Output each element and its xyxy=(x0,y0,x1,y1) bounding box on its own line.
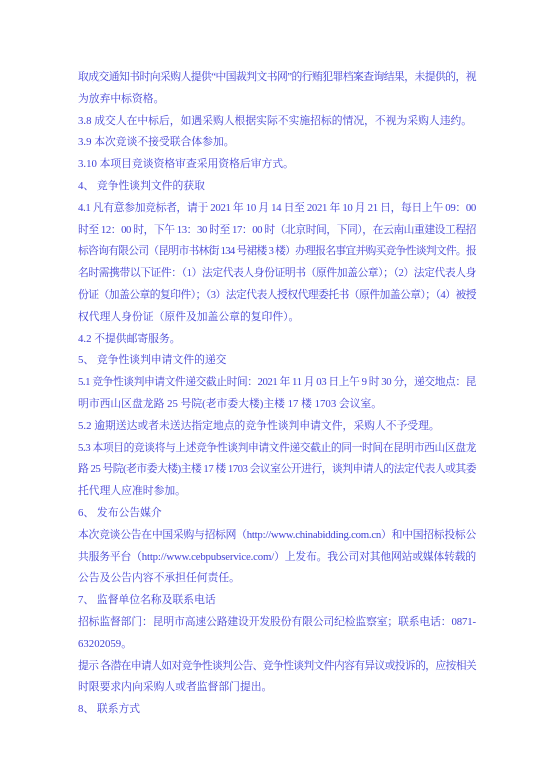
text-line: 4.1 凡有意参加竞标者，请于 2021 年 10 月 14 日至 2021 年… xyxy=(78,198,476,220)
text-line-content: 共服务平台（http://www.cebpubservice.com/）上发布。… xyxy=(78,551,476,563)
text-line: 3.9 本次竞谈不接受联合体参加。 xyxy=(78,132,476,154)
text-line-content: 3.10 本项目竞谈资格审查采用资格后审方式。 xyxy=(78,158,294,170)
text-line-content: 4、 竞争性谈判文件的获取 xyxy=(78,180,205,192)
text-line-content: 名时需携带以下证件：（1）法定代表人身份证明书（原件加盖公章）；（2）法定代表人… xyxy=(78,267,476,279)
text-line-content: 5.1 竞争性谈判申请文件递交截止时间：2021 年 11 月 03 日上午 9… xyxy=(78,376,476,388)
text-line: 时限要求内向采购人或者监督部门提出。 xyxy=(78,677,476,699)
text-line: 提示 各潜在申请人如对竞争性谈判公告、竞争性谈判文件内容有异议或投诉的，应按相关 xyxy=(78,656,476,678)
text-line-content: 份证（加盖公章的复印件）；（3）法定代表人授权代理委托书（原件加盖公章）；（4）… xyxy=(78,289,476,301)
text-line: 3.10 本项目竞谈资格审查采用资格后审方式。 xyxy=(78,154,476,176)
text-line: 5.1 竞争性谈判申请文件递交截止时间：2021 年 11 月 03 日上午 9… xyxy=(78,372,476,394)
text-line: 7、 监督单位名称及联系电话 xyxy=(78,590,476,612)
text-line: 标咨询有限公司（昆明市书林街 134 号裙楼 3 楼）办理报名事宜并购买竞争性谈… xyxy=(78,241,476,263)
text-line: 为放弃中标资格。 xyxy=(78,89,476,111)
text-line: 3.8 成交人在中标后，如遇采购人根据实际不实施招标的情况，不视为采购人违约。 xyxy=(78,111,476,133)
text-line-content: 本次竞谈公告在中国采购与招标网（http://www.chinabidding.… xyxy=(78,529,476,541)
text-line: 名时需携带以下证件：（1）法定代表人身份证明书（原件加盖公章）；（2）法定代表人… xyxy=(78,263,476,285)
text-line: 4.2 不提供邮寄服务。 xyxy=(78,329,476,351)
text-line: 招标监督部门：昆明市高速公路建设开发股份有限公司纪检监察室；联系电话：0871- xyxy=(78,612,476,634)
text-line-content: 明市西山区盘龙路 25 号院(老市委大楼)主楼 17 楼 1703 会议室。 xyxy=(78,398,382,410)
text-line: 6、 发布公告媒介 xyxy=(78,503,476,525)
text-line: 公告及公告内容不承担任何责任。 xyxy=(78,568,476,590)
text-line-content: 取成交通知书时向采购人提供“中国裁判文书网”的行贿犯罪档案查询结果，未提供的，视 xyxy=(78,71,476,83)
text-line: 共服务平台（http://www.cebpubservice.com/）上发布。… xyxy=(78,547,476,569)
text-line-content: 提示 各潜在申请人如对竞争性谈判公告、竞争性谈判文件内容有异议或投诉的，应按相关 xyxy=(78,660,476,672)
text-line-content: 4.1 凡有意参加竞标者，请于 2021 年 10 月 14 日至 2021 年… xyxy=(78,202,476,214)
text-line: 明市西山区盘龙路 25 号院(老市委大楼)主楼 17 楼 1703 会议室。 xyxy=(78,394,476,416)
text-line-content: 招标监督部门：昆明市高速公路建设开发股份有限公司纪检监察室；联系电话：0871- xyxy=(78,616,476,628)
text-line: 托代理人应准时参加。 xyxy=(78,481,476,503)
text-line: 5、 竞争性谈判申请文件的递交 xyxy=(78,350,476,372)
text-line-content: 权代理人身份证（原件及加盖公章的复印件）。 xyxy=(78,311,299,323)
text-line: 取成交通知书时向采购人提供“中国裁判文书网”的行贿犯罪档案查询结果，未提供的，视 xyxy=(78,67,476,89)
text-line-content: 5、 竞争性谈判申请文件的递交 xyxy=(78,354,226,366)
text-line-content: 时至 12：00 时，下午 13：30 时至 17：00 时（北京时间，下同），… xyxy=(78,224,476,236)
text-line-content: 7、 监督单位名称及联系电话 xyxy=(78,594,216,606)
text-line-content: 4.2 不提供邮寄服务。 xyxy=(78,333,181,345)
text-line: 8、 联系方式 xyxy=(78,699,476,721)
text-line-content: 公告及公告内容不承担任何责任。 xyxy=(78,572,240,584)
text-line-content: 5.3 本项目的竞谈将与上述竞争性谈判申请文件递交截止的同一时间在昆明市西山区盘… xyxy=(78,442,476,454)
text-line: 本次竞谈公告在中国采购与招标网（http://www.chinabidding.… xyxy=(78,525,476,547)
text-line-content: 托代理人应准时参加。 xyxy=(78,485,186,497)
text-line: 路 25 号院(老市委大楼)主楼 17 楼 1703 会议室公开进行，谈判申请人… xyxy=(78,459,476,481)
text-line-content: 8、 联系方式 xyxy=(78,703,140,715)
text-line-content: 路 25 号院(老市委大楼)主楼 17 楼 1703 会议室公开进行，谈判申请人… xyxy=(78,463,476,475)
text-line-content: 5.2 逾期送达或者未送达指定地点的竞争性谈判申请文件，采购人不予受理。 xyxy=(78,420,440,432)
document-page: 取成交通知书时向采购人提供“中国裁判文书网”的行贿犯罪档案查询结果，未提供的，视… xyxy=(0,0,554,783)
text-line: 5.2 逾期送达或者未送达指定地点的竞争性谈判申请文件，采购人不予受理。 xyxy=(78,416,476,438)
text-line-content: 3.8 成交人在中标后，如遇采购人根据实际不实施招标的情况，不视为采购人违约。 xyxy=(78,115,472,127)
text-line-content: 为放弃中标资格。 xyxy=(78,93,164,105)
text-line: 4、 竞争性谈判文件的获取 xyxy=(78,176,476,198)
text-line: 权代理人身份证（原件及加盖公章的复印件）。 xyxy=(78,307,476,329)
document-text-block: 取成交通知书时向采购人提供“中国裁判文书网”的行贿犯罪档案查询结果，未提供的，视… xyxy=(78,67,476,721)
text-line: 5.3 本项目的竞谈将与上述竞争性谈判申请文件递交截止的同一时间在昆明市西山区盘… xyxy=(78,438,476,460)
text-line: 时至 12：00 时，下午 13：30 时至 17：00 时（北京时间，下同），… xyxy=(78,220,476,242)
text-line: 63202059。 xyxy=(78,634,476,656)
text-line-content: 标咨询有限公司（昆明市书林街 134 号裙楼 3 楼）办理报名事宜并购买竞争性谈… xyxy=(78,245,476,257)
text-line-content: 63202059。 xyxy=(78,638,132,650)
text-line: 份证（加盖公章的复印件）；（3）法定代表人授权代理委托书（原件加盖公章）；（4）… xyxy=(78,285,476,307)
text-line-content: 时限要求内向采购人或者监督部门提出。 xyxy=(78,681,272,693)
text-line-content: 3.9 本次竞谈不接受联合体参加。 xyxy=(78,136,235,148)
text-line-content: 6、 发布公告媒介 xyxy=(78,507,162,519)
